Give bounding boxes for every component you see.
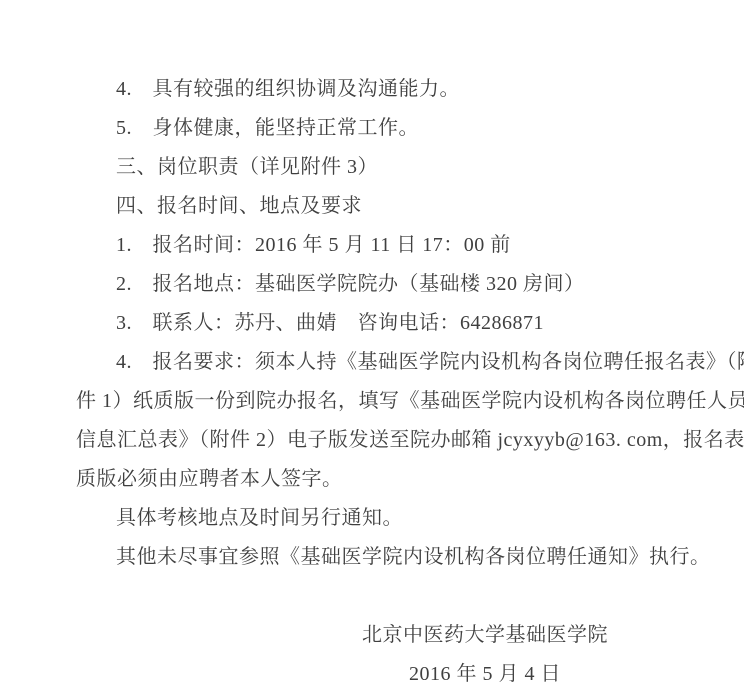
text-line-signup-time: 1. 报名时间：2016 年 5 月 11 日 17：00 前 (76, 226, 668, 265)
text-line-signup-requirement-2: 件 1）纸质版一份到院办报名，填写《基础医学院内设机构各岗位聘任人员 (76, 382, 668, 421)
signature-date: 2016 年 5 月 4 日 (362, 655, 608, 694)
text-line-signup-requirement-1: 4. 报名要求：须本人持《基础医学院内设机构各岗位聘任报名表》（附 (76, 343, 668, 382)
text-line-requirement-5: 5. 身体健康，能坚持正常工作。 (76, 109, 668, 148)
text-line-requirement-4: 4. 具有较强的组织协调及沟通能力。 (76, 70, 668, 109)
text-line-contact: 3. 联系人：苏丹、曲婧 咨询电话：64286871 (76, 304, 668, 343)
text-line-signup-place: 2. 报名地点：基础医学院院办（基础楼 320 房间） (76, 265, 668, 304)
text-line-section-4-heading: 四、报名时间、地点及要求 (76, 187, 668, 226)
text-line-section-3-heading: 三、岗位职责（详见附件 3） (76, 148, 668, 187)
document-page: 4. 具有较强的组织协调及沟通能力。 5. 身体健康，能坚持正常工作。 三、岗位… (0, 0, 744, 696)
signature-block: 北京中医药大学基础医学院 2016 年 5 月 4 日 (362, 616, 608, 694)
text-line-signup-requirement-4: 质版必须由应聘者本人签字。 (76, 460, 668, 499)
blank-line (76, 577, 668, 616)
signature-org: 北京中医药大学基础医学院 (362, 616, 608, 655)
text-line-exam-notice: 具体考核地点及时间另行通知。 (76, 499, 668, 538)
text-line-other-matters: 其他未尽事宜参照《基础医学院内设机构各岗位聘任通知》执行。 (76, 538, 668, 577)
text-line-signup-requirement-3: 信息汇总表》（附件 2）电子版发送至院办邮箱 jcyxyyb@163. com，… (76, 421, 668, 460)
